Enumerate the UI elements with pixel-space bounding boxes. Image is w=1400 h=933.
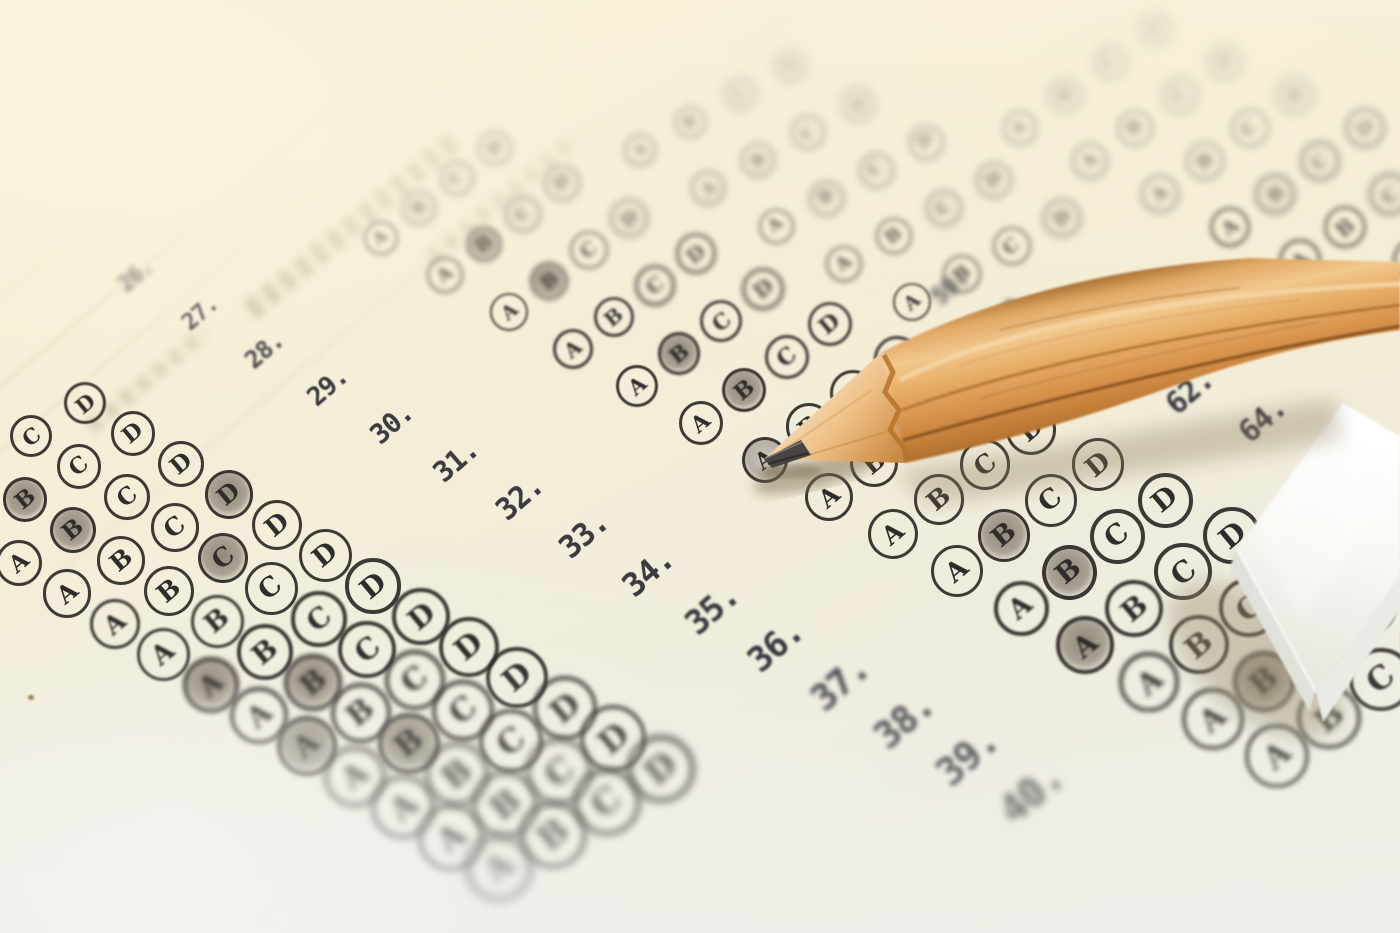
answer-sheet-photo: BCDABCDABCDABCDABCDABCDABCDABCDABCDABCDA… <box>0 0 1400 933</box>
pencil-tip <box>762 352 906 478</box>
objects-layer <box>0 0 1400 933</box>
